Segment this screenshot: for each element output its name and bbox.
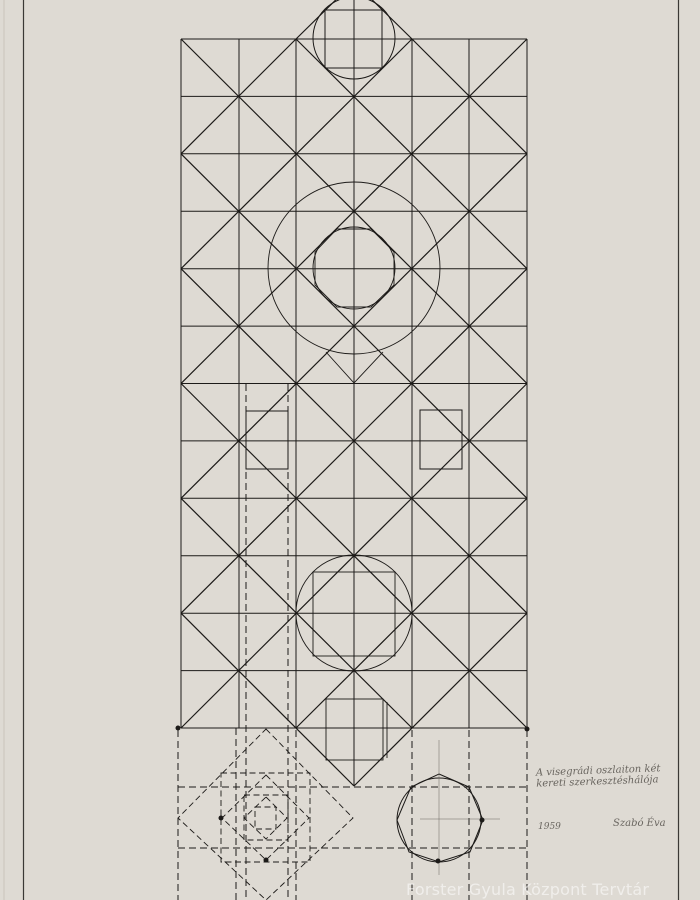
archive-watermark: Forster Gyula Központ Tervtár bbox=[406, 880, 649, 899]
drawing-sheet: A visegrádi oszlaiton két kereti szerkes… bbox=[0, 0, 700, 900]
author-signature: Szabó Éva bbox=[613, 818, 666, 829]
dashed-construction bbox=[178, 384, 527, 900]
square-grid bbox=[181, 0, 527, 786]
sheet-border bbox=[24, 0, 679, 900]
drawing-year: 1959 bbox=[538, 822, 561, 833]
nested-dashed-diamonds bbox=[178, 729, 353, 900]
bottom-square-figure bbox=[326, 699, 387, 760]
